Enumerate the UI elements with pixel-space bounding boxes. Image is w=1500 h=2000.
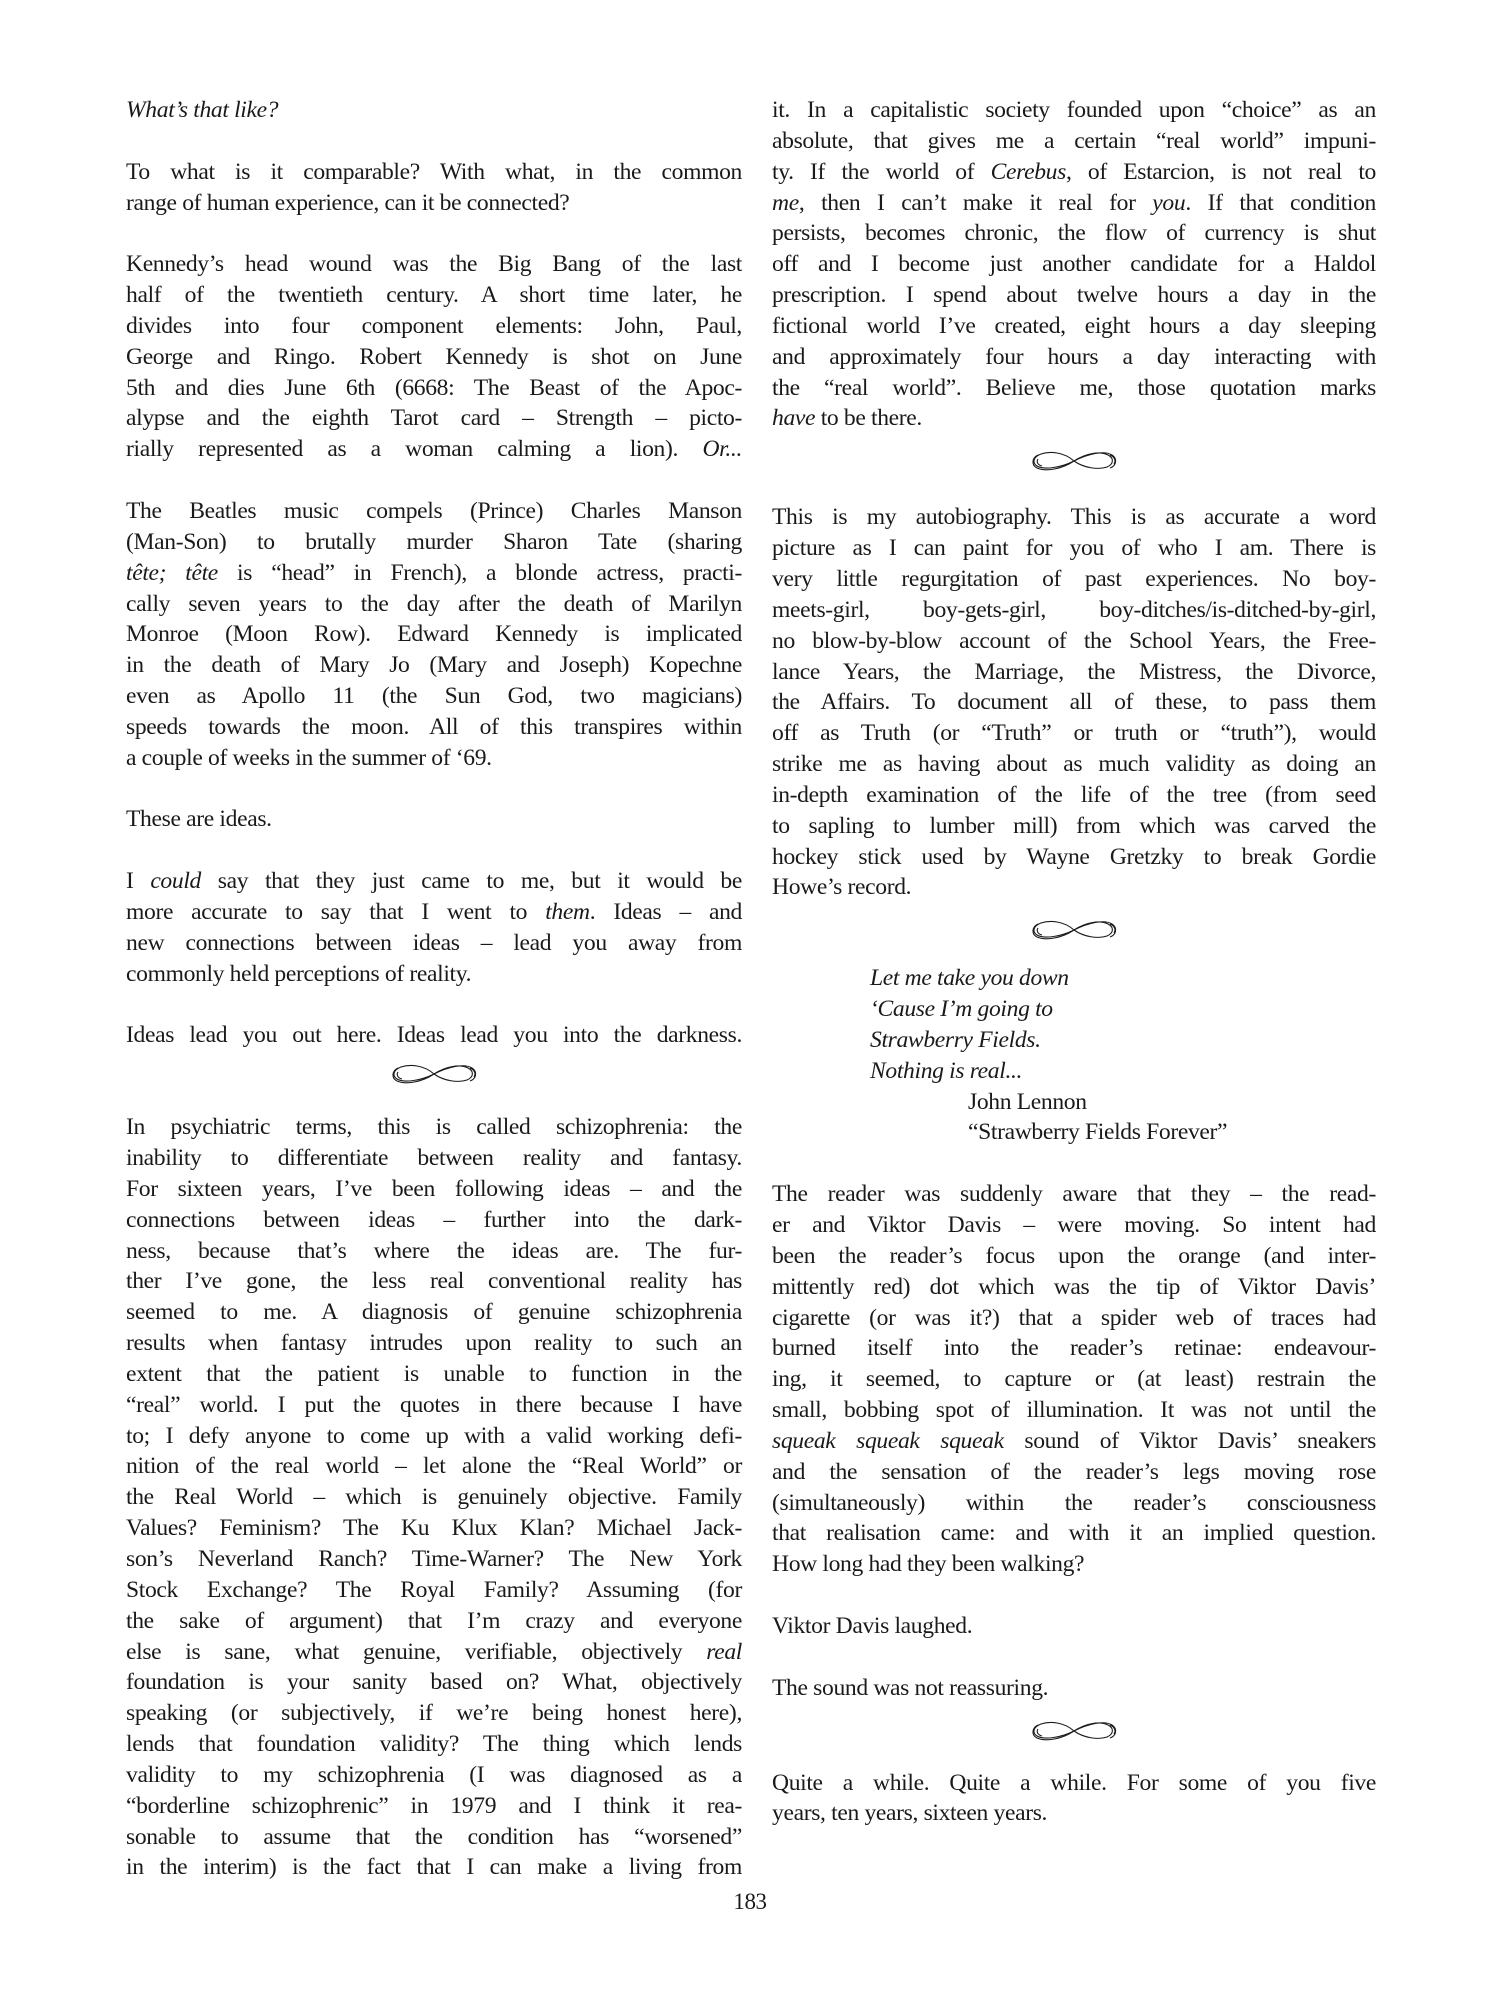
paragraph-viktor-laughed: Viktor Davis laughed. <box>772 1611 1376 1642</box>
italic-question: What’s that like? <box>126 97 278 123</box>
section-break-ornament-icon <box>1028 446 1120 476</box>
paragraph-i-could-say: I could say that they just came to me, b… <box>126 866 742 989</box>
epigraph-author: John Lennon <box>870 1087 1376 1118</box>
paragraph-capitalistic-society: it. In a capitalistic society founded up… <box>772 95 1376 434</box>
paragraph-kennedy: Kennedy’s head wound was the Big Bang of… <box>126 249 742 465</box>
paragraph-beatles: The Beatles music compels (Prince) Charl… <box>126 496 742 774</box>
italic-real: real <box>706 1639 742 1665</box>
paragraph-psychiatric-terms: In psychiatric terms, this is called sch… <box>126 1112 742 1883</box>
book-page: What’s that like? To what is it comparab… <box>0 0 1500 2000</box>
paragraph-autobiography: This is my autobiography. This is as acc… <box>772 502 1376 903</box>
epigraph-line: Nothing is real... <box>870 1056 1376 1087</box>
epigraph-line: Let me take you down <box>870 963 1376 994</box>
italic-squeak: squeak squeak squeak <box>772 1428 1004 1454</box>
paragraph-whats-that-like: What’s that like? <box>126 95 742 126</box>
paragraph-quite-a-while: Quite a while. Quite a while. For some o… <box>772 1768 1376 1830</box>
section-break-ornament-icon <box>1028 1716 1120 1746</box>
italic-you: you <box>1152 190 1185 216</box>
page-number: 183 <box>0 1888 1500 1916</box>
italic-have: have <box>772 405 815 431</box>
epigraph-line: ‘Cause I’m going to <box>870 994 1376 1025</box>
paragraph-not-reassuring: The sound was not reassuring. <box>772 1673 1376 1704</box>
infinity-flourish-icon <box>1028 446 1120 476</box>
left-column: What’s that like? To what is it comparab… <box>126 95 742 1883</box>
epigraph-source: “Strawberry Fields Forever” <box>870 1117 1376 1148</box>
right-column: it. In a capitalistic society founded up… <box>772 95 1376 1829</box>
italic-or: Or... <box>702 436 742 462</box>
section-break-ornament-icon <box>1028 915 1120 945</box>
italic-tete: tête; tête <box>126 560 218 586</box>
italic-cerebus: Cerebus <box>991 159 1066 185</box>
paragraph-these-are-ideas: These are ideas. <box>126 804 742 835</box>
infinity-flourish-icon <box>1028 915 1120 945</box>
paragraph-ideas-lead: Ideas lead you out here. Ideas lead you … <box>126 1020 742 1051</box>
infinity-flourish-icon <box>388 1059 480 1089</box>
italic-them: them <box>545 899 589 925</box>
epigraph-quote: Let me take you down ‘Cause I’m going to… <box>772 963 1376 1148</box>
italic-me: me <box>772 190 799 216</box>
paragraph-reader-aware: The reader was suddenly aware that they … <box>772 1179 1376 1580</box>
paragraph-comparable: To what is it comparable? With what, in … <box>126 157 742 219</box>
section-break-ornament-icon <box>388 1059 480 1089</box>
italic-could: could <box>150 868 201 894</box>
epigraph-line: Strawberry Fields. <box>870 1025 1376 1056</box>
infinity-flourish-icon <box>1028 1716 1120 1746</box>
